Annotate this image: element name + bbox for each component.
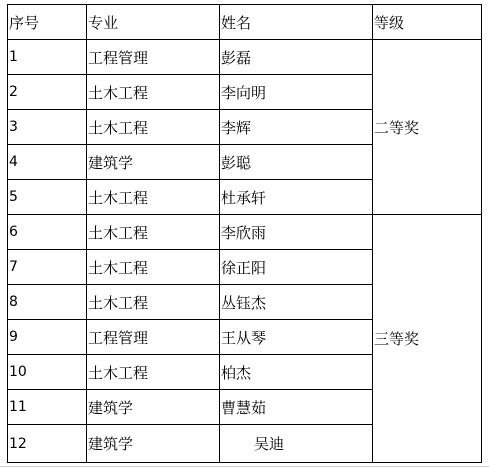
cell-index: 5	[8, 180, 87, 215]
cell-name: 彭磊	[220, 40, 373, 75]
cell-name: 曹慧茹	[220, 390, 373, 425]
cell-major: 土木工程	[87, 355, 220, 390]
cell-major: 建筑学	[87, 145, 220, 180]
cell-level-second: 二等奖	[373, 40, 482, 215]
cell-name: 王从琴	[220, 320, 373, 355]
cell-index: 6	[8, 215, 87, 250]
cell-index: 8	[8, 285, 87, 320]
cell-major: 土木工程	[87, 250, 220, 285]
header-name: 姓名	[220, 5, 373, 40]
cell-name: 李辉	[220, 110, 373, 145]
cell-level-third: 三等奖	[373, 215, 482, 463]
cell-name: 柏杰	[220, 355, 373, 390]
cell-name: 丛钰杰	[220, 285, 373, 320]
header-major: 专业	[87, 5, 220, 40]
cell-index: 3	[8, 110, 87, 145]
cell-name: 李向明	[220, 75, 373, 110]
cell-index: 7	[8, 250, 87, 285]
cell-major: 土木工程	[87, 110, 220, 145]
header-row: 序号 专业 姓名 等级	[8, 5, 482, 40]
header-index: 序号	[8, 5, 87, 40]
table-row: 1 工程管理 彭磊 二等奖	[8, 40, 482, 75]
cell-index: 4	[8, 145, 87, 180]
award-table: 序号 专业 姓名 等级 1 工程管理 彭磊 二等奖 2 土木工程 李向明 3 土…	[7, 4, 482, 463]
cell-name: 徐正阳	[220, 250, 373, 285]
cell-index: 11	[8, 390, 87, 425]
cell-major: 土木工程	[87, 215, 220, 250]
cell-index: 2	[8, 75, 87, 110]
cell-index: 10	[8, 355, 87, 390]
cell-major: 建筑学	[87, 390, 220, 425]
bottom-divider	[0, 466, 489, 467]
cell-name: 李欣雨	[220, 215, 373, 250]
cell-name: 彭聪	[220, 145, 373, 180]
cell-name: 吴迪	[220, 425, 373, 463]
table-row: 6 土木工程 李欣雨 三等奖	[8, 215, 482, 250]
cell-major: 工程管理	[87, 40, 220, 75]
cell-major: 土木工程	[87, 180, 220, 215]
header-level: 等级	[373, 5, 482, 40]
cell-major: 土木工程	[87, 285, 220, 320]
cell-major: 建筑学	[87, 425, 220, 463]
cell-index: 9	[8, 320, 87, 355]
cell-index: 1	[8, 40, 87, 75]
cell-index: 12	[8, 425, 87, 463]
cell-name: 杜承轩	[220, 180, 373, 215]
cell-major: 土木工程	[87, 75, 220, 110]
cell-major: 工程管理	[87, 320, 220, 355]
